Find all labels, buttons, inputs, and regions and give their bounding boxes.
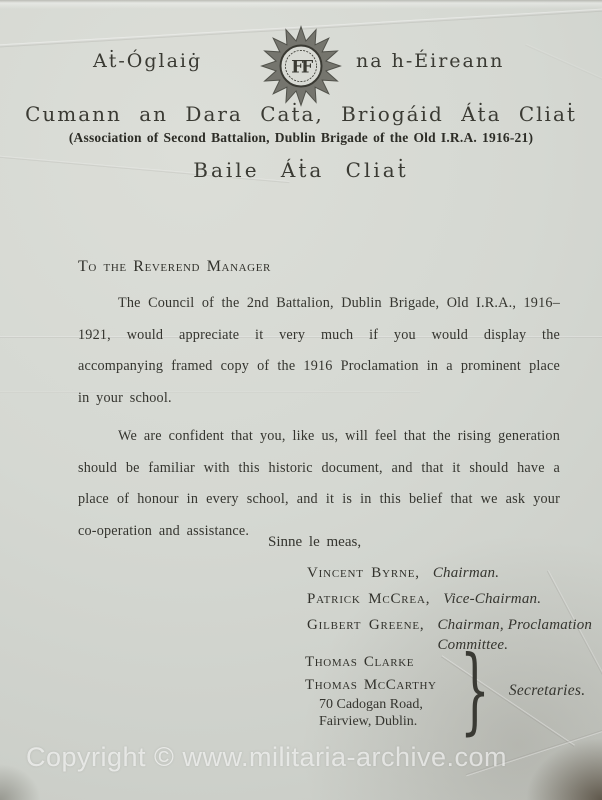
gaelic-title-right: na h-Éireann <box>356 50 504 72</box>
secretary-name: Thomas McCarthy <box>305 674 443 697</box>
letter-sheet: Aṫ-Óglaiġ FF na h-Éireann Cumann an Dara… <box>0 0 602 800</box>
signatory-row: Vincent Byrne, Chairman. <box>307 563 587 583</box>
letter-paragraph-1: The Council of the 2nd Battalion, Dublin… <box>78 288 560 414</box>
brace-icon: } <box>460 654 490 728</box>
closing-line: Sinne le meas, <box>268 534 361 551</box>
signatory-row: Gilbert Greene, Chairman, Proclamation C… <box>307 615 587 655</box>
org-name-english: (Association of Second Battalion, Dublin… <box>0 130 602 146</box>
signatory-title: Vice-Chairman. <box>443 589 541 609</box>
signatory-row: Patrick McCrea, Vice-Chairman. <box>307 589 587 609</box>
signatory-name: Vincent Byrne, <box>307 565 420 581</box>
salutation: To the Reverend Manager <box>78 258 560 276</box>
signatory-title: Chairman. <box>433 563 499 583</box>
letter-body: To the Reverend Manager The Council of t… <box>78 258 560 554</box>
secretary-address-line: Fairview, Dublin. <box>319 714 443 731</box>
army-sunburst-badge-icon: FF <box>258 25 344 107</box>
copyright-watermark: Copyright © www.militaria-archive.com <box>26 742 507 773</box>
gaelic-title-left: Aṫ-Óglaiġ <box>93 50 202 72</box>
org-name-irish: Cumann an Dara Caṫa, Briogáid Áṫa Cliaṫ <box>0 102 602 126</box>
signatory-name: Patrick McCrea, <box>307 591 430 607</box>
place-line: Baile Áṫa Cliaṫ <box>0 158 602 182</box>
secretaries-names: Thomas Clarke Thomas McCarthy 70 Cadogan… <box>305 651 443 730</box>
secretary-name: Thomas Clarke <box>305 651 443 674</box>
secretaries-block: Thomas Clarke Thomas McCarthy 70 Cadogan… <box>305 651 585 730</box>
secretary-address-line: 70 Cadogan Road, <box>319 697 443 714</box>
letter-paragraph-2: We are confident that you, like us, will… <box>78 421 560 547</box>
svg-text:FF: FF <box>291 58 313 78</box>
signatory-name: Gilbert Greene, <box>307 617 424 633</box>
paper-crease <box>525 44 602 99</box>
signature-block: Vincent Byrne, Chairman. Patrick McCrea,… <box>307 563 587 661</box>
secretaries-label: Secretaries. <box>509 682 586 700</box>
